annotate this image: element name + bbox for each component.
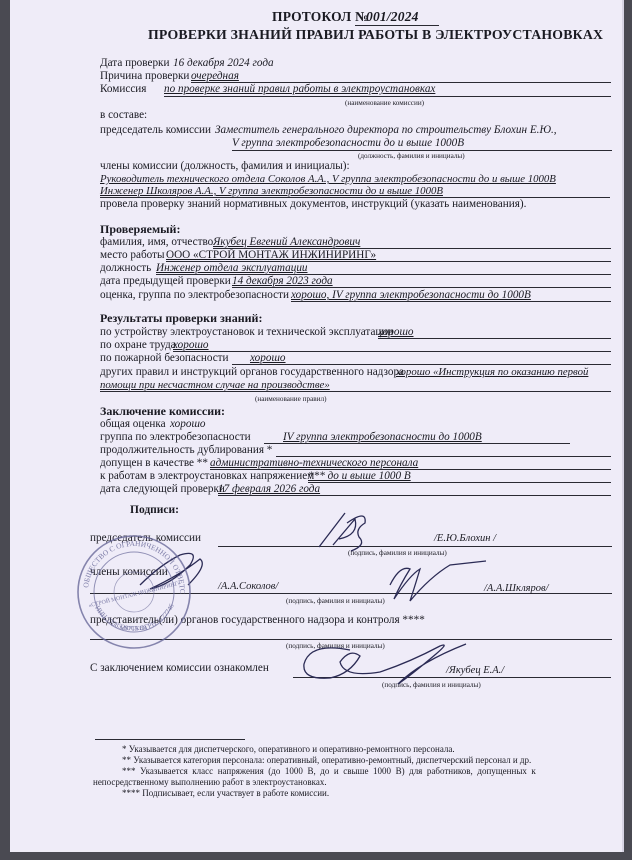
result-value-4: хорошо «Инструкция по оказанию первой xyxy=(396,366,588,379)
overall-label: общая оценка xyxy=(100,418,166,431)
chairman-value-1: Заместитель генерального директора по ст… xyxy=(215,124,557,137)
sig-chairman-name: /Е.Ю.Блохин / xyxy=(434,532,496,545)
chairman-line xyxy=(232,150,612,151)
protocol-number-underline xyxy=(355,25,439,26)
footnote-3: *** Указывается класс напряжения (до 100… xyxy=(122,766,536,777)
result-line-1 xyxy=(378,338,611,339)
position-label: должность xyxy=(100,262,151,275)
chairman-caption: (должность, фамилия и инициалы) xyxy=(358,152,465,160)
results-heading: Результаты проверки знаний: xyxy=(100,311,262,326)
result-line-3 xyxy=(232,364,611,365)
svg-text:«СТРОЙ МОНТАЖ ИНЖИНИРИНГ»: «СТРОЙ МОНТАЖ ИНЖИНИРИНГ» xyxy=(87,579,181,610)
conducted-text: провела проверку знаний нормативных доку… xyxy=(100,198,526,211)
footnote-separator xyxy=(95,739,245,740)
footnote-1: * Указывается для диспетчерского, операт… xyxy=(122,744,455,755)
members-label: члены комиссии (должность, фамилия и ини… xyxy=(100,160,350,173)
duplication-label: продолжительность дублирования * xyxy=(100,444,272,457)
rules-caption: (наименование правил) xyxy=(255,395,326,403)
sig-chairman-line xyxy=(218,546,612,547)
svg-text:МОСКВА: МОСКВА xyxy=(120,625,148,632)
commission-line xyxy=(164,96,611,97)
result-label-3: по пожарной безопасности xyxy=(100,352,229,365)
sig-acquainted-label: С заключением комиссии ознакомлен xyxy=(90,662,269,675)
next-date-label: дата следующей проверки xyxy=(100,483,225,496)
protocol-number: 001/2024 xyxy=(366,9,419,25)
chairman-label: председатель комиссии xyxy=(100,124,211,137)
member2-signature xyxy=(380,555,490,605)
fio-label: фамилия, имя, отчество xyxy=(100,236,213,249)
sig-members-caption: (подпись, фамилия и инициалы) xyxy=(286,597,385,605)
sig-member1-name: /А.А.Соколов/ xyxy=(218,580,278,593)
document-title: ПРОВЕРКИ ЗНАНИЙ ПРАВИЛ РАБОТЫ В ЭЛЕКТРОУ… xyxy=(148,27,603,43)
conclusion-heading: Заключение комиссии: xyxy=(100,404,225,419)
reason-label: Причина проверки xyxy=(100,70,189,83)
chairman-signature xyxy=(315,505,385,555)
signatures-heading: Подписи: xyxy=(130,504,179,516)
group-line xyxy=(264,443,570,444)
footnote-2: ** Указывается категория персонала: опер… xyxy=(122,755,531,766)
overall-value: хорошо xyxy=(170,418,206,431)
footnote-3-cont: непосредственному выполнению работ в эле… xyxy=(93,777,327,788)
result-label-1: по устройству электроустановок и техниче… xyxy=(100,326,393,339)
date-value: 16 декабря 2024 года xyxy=(173,57,274,70)
workplace-label: место работы xyxy=(100,249,165,262)
grade-line xyxy=(291,301,611,302)
sig-member2-name: /А.А.Шкляров/ xyxy=(484,582,549,595)
prev-date-line xyxy=(232,287,611,288)
footnote-4: **** Подписывает, если участвует в работ… xyxy=(122,788,329,799)
commission-value: по проверке знаний правил работы в элект… xyxy=(164,83,435,96)
voltage-label: к работам в электроустановках напряжение… xyxy=(100,470,314,483)
result-label-4: других правил и инструкций органов госуд… xyxy=(100,366,404,379)
composition-label: в составе: xyxy=(100,109,147,122)
next-date-line xyxy=(218,495,611,496)
result-line-4 xyxy=(100,391,611,392)
protocol-label: ПРОТОКОЛ № xyxy=(272,9,369,25)
commission-label: Комиссия xyxy=(100,83,146,96)
voltage-line xyxy=(308,482,611,483)
commission-caption: (наименование комиссии) xyxy=(345,99,424,107)
chairman-value-2: V группа электробезопасности до и выше 1… xyxy=(232,137,464,150)
result-line-2 xyxy=(173,351,611,352)
prev-date-label: дата предыдущей проверки xyxy=(100,275,231,288)
admitted-label: допущен в качестве ** xyxy=(100,457,208,470)
result-label-2: по охране труда xyxy=(100,339,176,352)
protocol-page: ПРОТОКОЛ № 001/2024 ПРОВЕРКИ ЗНАНИЙ ПРАВ… xyxy=(10,0,624,852)
group-label: группа по электробезопасности xyxy=(100,431,251,444)
examinee-heading: Проверяемый: xyxy=(100,222,180,237)
grade-label: оценка, группа по электробезопасности xyxy=(100,289,289,302)
date-label: Дата проверки xyxy=(100,57,169,70)
examinee-signature xyxy=(290,632,480,692)
company-stamp: ОБЩЕСТВО С ОГРАНИЧЕННОЙ ОТВЕТСТВЕННОСТЬЮ… xyxy=(74,532,194,652)
